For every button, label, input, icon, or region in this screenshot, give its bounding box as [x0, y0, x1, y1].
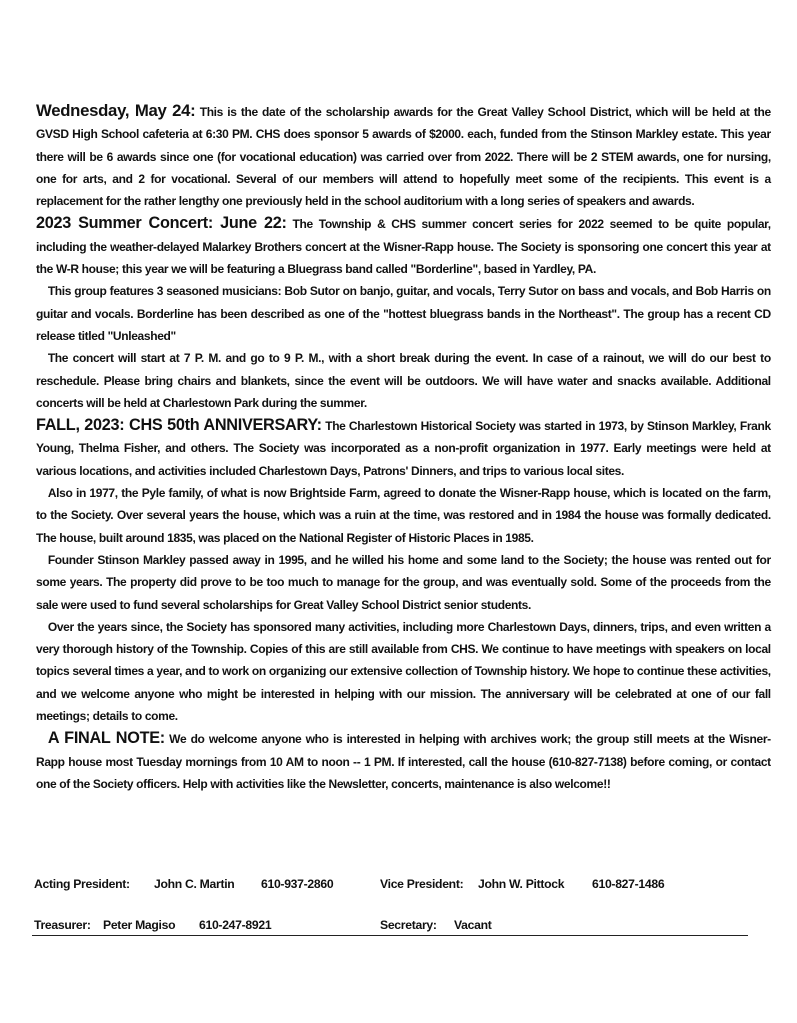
- anniversary-house-paragraph: Also in 1977, the Pyle family, of what i…: [36, 482, 771, 549]
- vice-president-title: Vice President:: [380, 877, 463, 891]
- treasurer-title: Treasurer:: [34, 918, 91, 932]
- scholarship-heading: Wednesday, May 24:: [36, 101, 195, 120]
- concert-musicians-paragraph: This group features 3 seasoned musicians…: [36, 280, 771, 347]
- anniversary-heading: FALL, 2023: CHS 50th ANNIVERSARY:: [36, 416, 322, 434]
- anniversary-activities-paragraph: Over the years since, the Society has sp…: [36, 616, 771, 727]
- final-note-section: A FINAL NOTE: We do welcome anyone who i…: [36, 727, 771, 795]
- acting-president-name: John C. Martin: [154, 877, 234, 891]
- secretary-title: Secretary:: [380, 918, 437, 932]
- concert-details-paragraph: The concert will start at 7 P. M. and go…: [36, 347, 771, 414]
- officer-row: Acting President: John C. Martin 610-937…: [34, 877, 754, 897]
- concert-heading: 2023 Summer Concert: June 22:: [36, 214, 287, 232]
- vice-president-name: John W. Pittock: [478, 877, 564, 891]
- anniversary-founder-paragraph: Founder Stinson Markley passed away in 1…: [36, 549, 771, 616]
- secretary-name: Vacant: [454, 918, 492, 932]
- scholarship-text: This is the date of the scholarship awar…: [36, 105, 771, 208]
- concert-section: 2023 Summer Concert: June 22: The Townsh…: [36, 212, 771, 280]
- treasurer-phone: 610-247-8921: [199, 918, 271, 932]
- bottom-divider: [32, 935, 748, 936]
- treasurer-name: Peter Magiso: [103, 918, 175, 932]
- final-note-heading: A FINAL NOTE:: [48, 729, 165, 747]
- acting-president-title: Acting President:: [34, 877, 130, 891]
- vice-president-phone: 610-827-1486: [592, 877, 664, 891]
- newsletter-body: Wednesday, May 24: This is the date of t…: [36, 100, 771, 795]
- acting-president-phone: 610-937-2860: [261, 877, 333, 891]
- anniversary-section: FALL, 2023: CHS 50th ANNIVERSARY: The Ch…: [36, 414, 771, 482]
- scholarship-section: Wednesday, May 24: This is the date of t…: [36, 100, 771, 212]
